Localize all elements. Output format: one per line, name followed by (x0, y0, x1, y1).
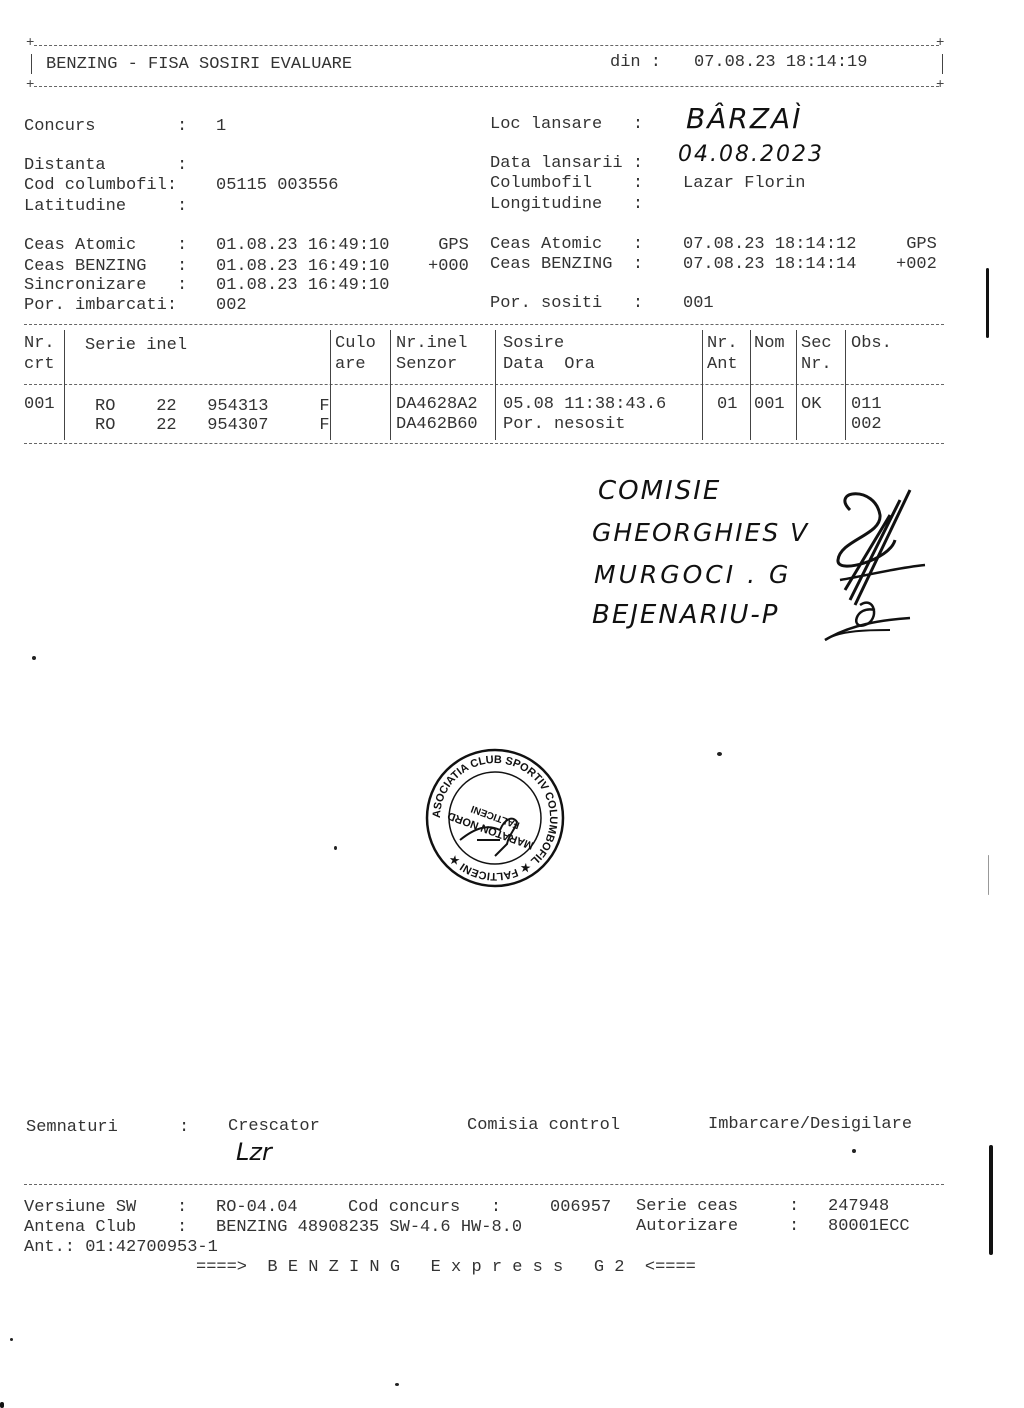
cod-concurs-value: 006957 (550, 1198, 611, 1218)
scan-speck (32, 656, 36, 660)
imbarcare-label: Imbarcare/Desigilare (708, 1115, 912, 1135)
autorizare-label: Autorizare : (636, 1217, 799, 1237)
scan-speck (334, 846, 337, 850)
cell-nr-crt: 001 (24, 395, 55, 415)
data-lansarii-label: Data lansarii : (490, 154, 643, 174)
commission-title: COMISIE (598, 476, 721, 506)
sincronizare-value: 01.08.23 16:49:10 (216, 276, 389, 296)
ceas-benzing-start-label: Ceas BENZING : (24, 257, 187, 277)
col-sep (796, 330, 797, 440)
longitudine-label: Longitudine : (490, 195, 643, 215)
th-senzor-2: Senzor (396, 355, 457, 375)
col-sep (495, 330, 496, 440)
por-imbarcati-value: 002 (216, 296, 247, 316)
scan-speck (852, 1149, 856, 1153)
cell-sosire-2: Por. nesosit (503, 415, 625, 435)
distanta-label: Distanta : (24, 156, 187, 176)
por-sositi-value: 001 (683, 294, 714, 314)
th-nr-crt-2: crt (24, 355, 55, 375)
ceas-benzing-start-offset: +000 (428, 257, 469, 277)
scan-mark (989, 1145, 993, 1255)
table-header-separator (24, 384, 944, 385)
cell-nom: 001 (754, 395, 785, 415)
header-left-border (31, 54, 32, 74)
ceas-atomic-start-label: Ceas Atomic : (24, 236, 187, 256)
header-din-label: din : (610, 53, 661, 73)
box-corner: + (936, 38, 944, 48)
col-sep (702, 330, 703, 440)
th-sosire-1: Sosire (503, 334, 564, 354)
table-top-border (24, 324, 944, 325)
scan-speck (395, 1383, 399, 1386)
cell-nr-ant: 01 (717, 395, 737, 415)
commission-member: MURGOCI . G (594, 560, 791, 589)
columbofil-label: Columbofil : (490, 174, 643, 194)
antena-value: BENZING 48908235 SW-4.6 HW-8.0 (216, 1218, 522, 1238)
stamp-icon: ASOCIATIA CLUB SPORTIV COLUMBOFIL ★ FALT… (425, 748, 565, 888)
cell-obs-1: 011 (851, 395, 882, 415)
col-sep (64, 330, 65, 440)
header-top-border (34, 45, 939, 46)
cell-senzor-2: DA462B60 (396, 415, 478, 435)
box-corner: + (936, 80, 944, 90)
latitudine-label: Latitudine : (24, 197, 187, 217)
th-nr-ant-2: Ant (707, 355, 738, 375)
footer-border (24, 1184, 944, 1185)
header-bottom-border (34, 86, 939, 87)
scan-speck (717, 752, 722, 756)
box-corner: + (26, 80, 34, 90)
header-right-border (942, 54, 943, 74)
antenna-id: Ant.: 01:42700953-1 (24, 1238, 218, 1258)
th-sosire-2: Data Ora (503, 355, 595, 375)
autorizare-value: 80001ECC (828, 1217, 910, 1237)
loc-lansare-handwritten: BÂRZAÌ (686, 102, 802, 135)
th-serie-inel: Serie inel (85, 336, 187, 356)
club-stamp: ASOCIATIA CLUB SPORTIV COLUMBOFIL ★ FALT… (425, 748, 565, 888)
scan-mark (986, 268, 989, 338)
semnaturi-label: Semnaturi : (26, 1118, 189, 1138)
brand-line: ====> B E N Z I N G E x p r e s s G 2 <=… (196, 1258, 696, 1278)
col-sep (845, 330, 846, 440)
cod-columbofil-label: Cod columbofil: (24, 176, 177, 196)
crescator-signature: Lzr (236, 1138, 272, 1166)
cell-serie-inel-2: RO 22 954307 F (95, 416, 330, 436)
ceas-benzing-end-offset: +002 (896, 255, 937, 275)
versiune-label: Versiune SW : (24, 1198, 187, 1218)
col-sep (750, 330, 751, 440)
antena-label: Antena Club : (24, 1218, 187, 1238)
crescator-label: Crescator (228, 1117, 320, 1137)
scan-mark (0, 1402, 4, 1408)
col-sep (330, 330, 331, 440)
comisia-control-label: Comisia control (467, 1116, 620, 1136)
th-culoare-2: are (335, 355, 366, 375)
ceas-atomic-end-label: Ceas Atomic : (490, 235, 643, 255)
cod-columbofil-value: 05115 003556 (216, 176, 338, 196)
th-sec-nr-2: Nr. (801, 355, 832, 375)
commission-member: GHEORGHIES V (592, 518, 809, 547)
data-lansarii-handwritten: 04.08.2023 (678, 142, 824, 167)
header-timestamp: 07.08.23 18:14:19 (694, 53, 867, 73)
ceas-benzing-end-label: Ceas BENZING : (490, 255, 643, 275)
commission-signatures (820, 480, 930, 650)
serie-ceas-label: Serie ceas : (636, 1197, 799, 1217)
scan-speck (10, 1338, 13, 1341)
cell-serie-inel-1: RO 22 954313 F (95, 397, 330, 417)
columbofil-value: Lazar Florin (683, 174, 805, 194)
th-culoare-1: Culo (335, 334, 376, 354)
th-sec-nr-1: Sec (801, 334, 832, 354)
cod-concurs-label: Cod concurs : (348, 1198, 501, 1218)
table-bottom-border (24, 443, 944, 444)
concurs-value: 1 (216, 117, 226, 137)
ceas-benzing-start-value: 01.08.23 16:49:10 (216, 257, 389, 277)
loc-lansare-label: Loc lansare : (490, 115, 643, 135)
box-corner: + (26, 38, 34, 48)
ceas-atomic-start-suffix: GPS (428, 236, 469, 256)
ceas-atomic-start-value: 01.08.23 16:49:10 (216, 236, 389, 256)
cell-obs-2: 002 (851, 415, 882, 435)
cell-sec-nr: OK (801, 395, 821, 415)
th-nom: Nom (754, 334, 785, 354)
ceas-benzing-end-value: 07.08.23 18:14:14 (683, 255, 856, 275)
sincronizare-label: Sincronizare : (24, 276, 187, 296)
commission-member: BEJENARIU-P (592, 600, 779, 630)
th-nr-crt-1: Nr. (24, 334, 55, 354)
por-sositi-label: Por. sositi : (490, 294, 643, 314)
cell-senzor-1: DA4628A2 (396, 395, 478, 415)
concurs-label: Concurs : (24, 117, 187, 137)
scan-mark (988, 855, 989, 895)
cell-sosire-1: 05.08 11:38:43.6 (503, 395, 666, 415)
document-title: BENZING - FISA SOSIRI EVALUARE (46, 55, 352, 75)
serie-ceas-value: 247948 (828, 1197, 889, 1217)
ceas-atomic-end-value: 07.08.23 18:14:12 (683, 235, 856, 255)
versiune-value: RO-04.04 (216, 1198, 298, 1218)
col-sep (390, 330, 391, 440)
th-obs: Obs. (851, 334, 892, 354)
por-imbarcati-label: Por. imbarcati: (24, 296, 177, 316)
th-senzor-1: Nr.inel (396, 334, 467, 354)
ceas-atomic-end-suffix: GPS (896, 235, 937, 255)
th-nr-ant-1: Nr. (707, 334, 738, 354)
